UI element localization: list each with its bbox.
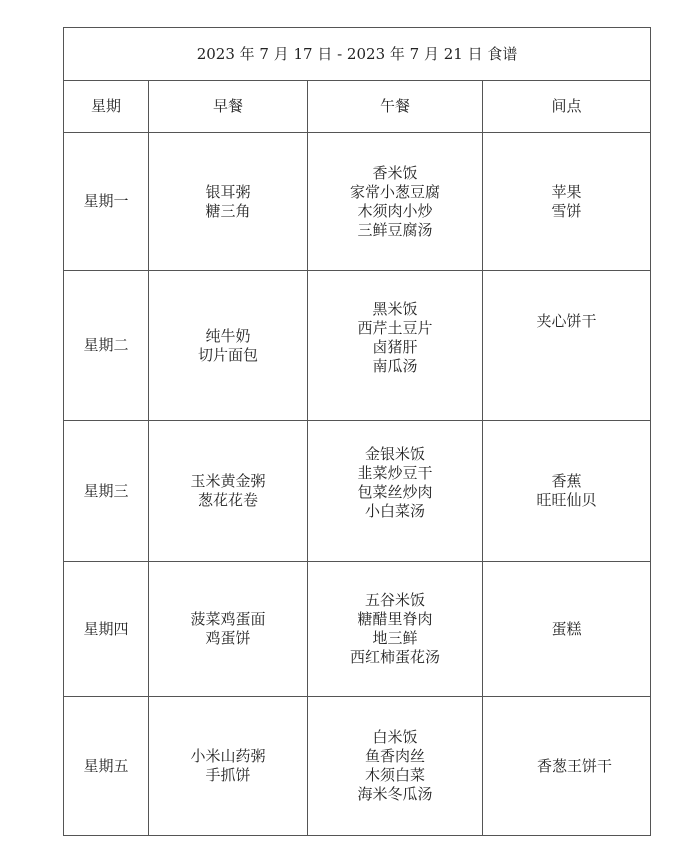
- snack-cell: 蛋糕: [483, 562, 651, 697]
- menu-table: 2023 年 7 月 17 日 - 2023 年 7 月 21 日 食谱 星期 …: [63, 27, 651, 836]
- breakfast-item: 切片面包: [198, 346, 258, 365]
- lunch-item: 韭菜炒豆干: [357, 464, 432, 483]
- table-row: 星期一 银耳粥 糖三角 香米饭 家常小葱豆腐 木须肉小炒 三鲜豆腐汤 苹果 雪饼: [64, 133, 651, 271]
- lunch-item: 五谷米饭: [365, 591, 425, 610]
- day-cell: 星期二: [64, 271, 149, 421]
- snack-item: 雪饼: [552, 202, 582, 221]
- breakfast-item: 银耳粥: [205, 183, 250, 202]
- lunch-item: 西红柿蛋花汤: [350, 648, 440, 667]
- table-row: 星期五 小米山药粥 手抓饼 白米饭 鱼香肉丝 木须白菜 海米冬瓜汤 香葱王饼干: [64, 697, 651, 836]
- lunch-item: 黑米饭: [372, 300, 417, 319]
- table-row: 星期二 纯牛奶 切片面包 黑米饭 西芹土豆片 卤猪肝 南瓜汤 夹心饼干: [64, 271, 651, 421]
- snack-cell: 香蕉 旺旺仙贝: [483, 421, 651, 562]
- breakfast-item: 小米山药粥: [190, 747, 265, 766]
- table-row: 星期三 玉米黄金粥 葱花花卷 金银米饭 韭菜炒豆干 包菜丝炒肉 小白菜汤 香蕉 …: [64, 421, 651, 562]
- snack-cell: 香葱王饼干: [483, 697, 651, 836]
- breakfast-item: 菠菜鸡蛋面: [190, 610, 265, 629]
- lunch-item: 西芹土豆片: [357, 319, 432, 338]
- header-day: 星期: [64, 81, 149, 133]
- day-cell: 星期三: [64, 421, 149, 562]
- lunch-cell: 黑米饭 西芹土豆片 卤猪肝 南瓜汤: [308, 271, 483, 421]
- breakfast-item: 糖三角: [205, 202, 250, 221]
- breakfast-cell: 小米山药粥 手抓饼: [149, 697, 308, 836]
- lunch-item: 糖醋里脊肉: [357, 610, 432, 629]
- snack-cell: 夹心饼干: [483, 271, 651, 421]
- lunch-item: 木须白菜: [365, 766, 425, 785]
- table-row: 星期四 菠菜鸡蛋面 鸡蛋饼 五谷米饭 糖醋里脊肉 地三鲜 西红柿蛋花汤 蛋糕: [64, 562, 651, 697]
- breakfast-item: 纯牛奶: [205, 327, 250, 346]
- header-snack: 间点: [483, 81, 651, 133]
- lunch-item: 南瓜汤: [372, 357, 417, 376]
- breakfast-item: 鸡蛋饼: [205, 629, 250, 648]
- lunch-item: 金银米饭: [365, 445, 425, 464]
- snack-item: 夹心饼干: [537, 312, 597, 331]
- breakfast-cell: 纯牛奶 切片面包: [149, 271, 308, 421]
- breakfast-item: 葱花花卷: [198, 491, 258, 510]
- menu-title: 2023 年 7 月 17 日 - 2023 年 7 月 21 日 食谱: [64, 28, 651, 81]
- lunch-cell: 香米饭 家常小葱豆腐 木须肉小炒 三鲜豆腐汤: [308, 133, 483, 271]
- lunch-cell: 金银米饭 韭菜炒豆干 包菜丝炒肉 小白菜汤: [308, 421, 483, 562]
- snack-item: 香葱王饼干: [537, 757, 612, 776]
- snack-item: 蛋糕: [552, 620, 582, 639]
- lunch-item: 三鲜豆腐汤: [357, 221, 432, 240]
- lunch-item: 香米饭: [372, 164, 417, 183]
- breakfast-item: 玉米黄金粥: [190, 472, 265, 491]
- header-row: 星期 早餐 午餐 间点: [64, 81, 651, 133]
- lunch-item: 家常小葱豆腐: [350, 183, 440, 202]
- lunch-item: 卤猪肝: [372, 338, 417, 357]
- day-cell: 星期一: [64, 133, 149, 271]
- snack-cell: 苹果 雪饼: [483, 133, 651, 271]
- breakfast-cell: 菠菜鸡蛋面 鸡蛋饼: [149, 562, 308, 697]
- lunch-item: 鱼香肉丝: [365, 747, 425, 766]
- breakfast-cell: 银耳粥 糖三角: [149, 133, 308, 271]
- lunch-cell: 白米饭 鱼香肉丝 木须白菜 海米冬瓜汤: [308, 697, 483, 836]
- lunch-item: 木须肉小炒: [357, 202, 432, 221]
- day-cell: 星期四: [64, 562, 149, 697]
- header-lunch: 午餐: [308, 81, 483, 133]
- lunch-item: 地三鲜: [372, 629, 417, 648]
- header-breakfast: 早餐: [149, 81, 308, 133]
- breakfast-cell: 玉米黄金粥 葱花花卷: [149, 421, 308, 562]
- lunch-item: 包菜丝炒肉: [357, 483, 432, 502]
- day-cell: 星期五: [64, 697, 149, 836]
- breakfast-item: 手抓饼: [205, 766, 250, 785]
- snack-item: 苹果: [552, 183, 582, 202]
- lunch-item: 白米饭: [372, 728, 417, 747]
- lunch-item: 小白菜汤: [365, 502, 425, 521]
- snack-item: 香蕉: [552, 472, 582, 491]
- lunch-item: 海米冬瓜汤: [357, 785, 432, 804]
- snack-item: 旺旺仙贝: [537, 491, 597, 510]
- lunch-cell: 五谷米饭 糖醋里脊肉 地三鲜 西红柿蛋花汤: [308, 562, 483, 697]
